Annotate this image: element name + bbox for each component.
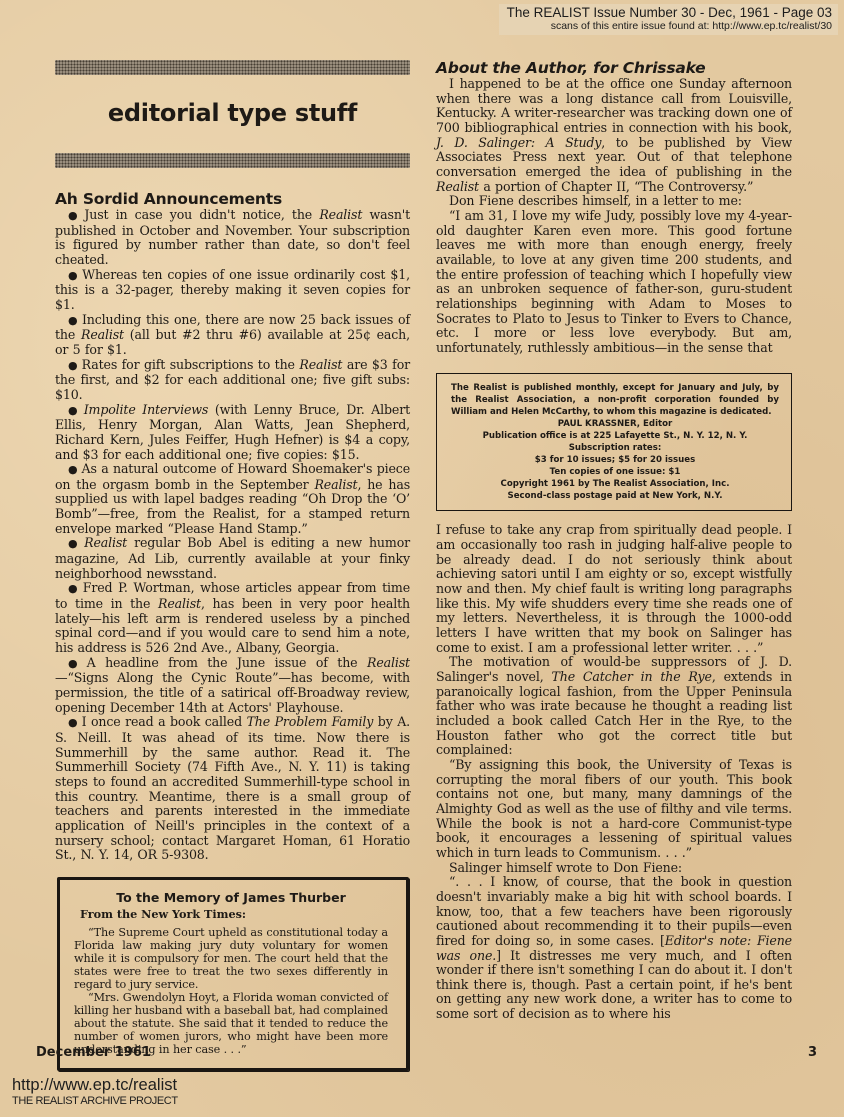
body-paragraph: “I am 31, I love my wife Judy, possibly …: [436, 209, 792, 356]
masthead-postage: Second-class postage paid at New York, N…: [451, 490, 779, 502]
italic-title: Realist: [299, 357, 342, 372]
page-number: 3: [808, 1045, 817, 1060]
body-paragraph: ●Realist regular Bob Abel is editing a n…: [55, 536, 410, 581]
bullet-icon: ●: [68, 657, 83, 670]
masthead-rates-label: Subscription rates:: [451, 442, 779, 454]
text-run: I happened to be at the office one Sunda…: [436, 76, 792, 135]
masthead-ten-copies: Ten copies of one issue: $1: [451, 466, 779, 478]
body-paragraph: ●Fred P. Wortman, whose articles appear …: [55, 581, 410, 655]
body-paragraph: ●I once read a book called The Problem F…: [55, 715, 410, 863]
bullet-icon: ●: [68, 463, 78, 476]
italic-title: The Problem Family: [247, 714, 374, 729]
bottom-halftone-rule: [55, 153, 410, 168]
scan-source-note: scans of this entire issue found at: htt…: [507, 21, 832, 33]
text-run: —“Signs Along the Cynic Route”—has becom…: [55, 670, 410, 714]
italic-title: Impolite Interviews: [84, 402, 209, 417]
bullet-icon: ●: [68, 582, 79, 595]
body-paragraph: ●Whereas ten copies of one issue ordinar…: [55, 268, 410, 313]
footer-date: December 1961: [36, 1045, 151, 1060]
italic-title: J. D. Salinger: A Study: [436, 135, 601, 150]
bullet-icon: ●: [68, 404, 80, 417]
italic-title: Realist: [314, 477, 357, 492]
section-heading-announcements: Ah Sordid Announcements: [55, 191, 410, 208]
thurber-memorial-box: To the Memory of James Thurber From the …: [57, 877, 409, 1071]
italic-title: Realist: [319, 207, 362, 222]
body-paragraph: ●A headline from the June issue of the R…: [55, 656, 410, 716]
italic-title: The Catcher in the Rye: [551, 669, 711, 684]
article-body-part-2: I refuse to take any crap from spiritual…: [436, 523, 792, 1021]
bullet-icon: ●: [68, 314, 78, 327]
archive-header-stamp: The REALIST Issue Number 30 - Dec, 1961 …: [499, 4, 838, 35]
masthead-box: The Realist is published monthly, except…: [436, 373, 792, 511]
body-paragraph: ●As a natural outcome of Howard Shoemake…: [55, 462, 410, 536]
body-paragraph: I refuse to take any crap from spiritual…: [436, 523, 792, 655]
text-run: Rates for gift subscriptions to the: [82, 357, 300, 372]
text-run: Salinger himself wrote to Don Fiene:: [449, 860, 682, 875]
bullet-icon: ●: [68, 359, 78, 372]
archive-url-link[interactable]: http://www.ep.tc/realist: [12, 1077, 178, 1094]
italic-title: Realist: [436, 179, 479, 194]
text-run: Don Fiene describes himself, in a letter…: [449, 193, 742, 208]
italic-title: Realist: [84, 535, 127, 550]
body-paragraph: The motivation of would-be suppressors o…: [436, 655, 792, 758]
archive-watermark: http://www.ep.tc/realist THE REALIST ARC…: [12, 1077, 178, 1107]
archive-project-label: THE REALIST ARCHIVE PROJECT: [12, 1096, 178, 1107]
text-run: Whereas ten copies of one issue ordinari…: [55, 267, 410, 312]
masthead-office: Publication office is at 225 Lafayette S…: [451, 430, 779, 442]
text-run: “By assigning this book, the University …: [436, 757, 792, 860]
text-run: I refuse to take any crap from spiritual…: [436, 522, 792, 654]
body-paragraph: Salinger himself wrote to Don Fiene:: [436, 861, 792, 876]
right-column: About the Author, for Chrissake I happen…: [436, 60, 792, 1022]
body-paragraph: ●Just in case you didn't notice, the Rea…: [55, 208, 410, 268]
masthead-rates: $3 for 10 issues; $5 for 20 issues: [451, 454, 779, 466]
announcements-list: ●Just in case you didn't notice, the Rea…: [55, 208, 410, 863]
bullet-icon: ●: [68, 716, 78, 729]
text-run: Just in case you didn't notice, the: [84, 207, 319, 222]
text-run: a portion of Chapter II, “The Controvers…: [479, 179, 753, 194]
article-body-part-1: I happened to be at the office one Sunda…: [436, 77, 792, 355]
memorial-paragraph: “The Supreme Court upheld as constitutio…: [74, 926, 388, 991]
body-paragraph: I happened to be at the office one Sunda…: [436, 77, 792, 194]
text-run: by A. S. Neill. It was ahead of its time…: [55, 714, 410, 862]
page-title: editorial type stuff: [55, 99, 410, 127]
issue-info: The REALIST Issue Number 30 - Dec, 1961 …: [507, 6, 832, 21]
masthead-copyright: Copyright 1961 by The Realist Associatio…: [451, 478, 779, 490]
memorial-box-title: To the Memory of James Thurber: [74, 890, 388, 905]
text-run: A headline from the June issue of the: [87, 655, 367, 670]
body-paragraph: “By assigning this book, the University …: [436, 758, 792, 861]
body-paragraph: “. . . I know, of course, that the book …: [436, 875, 792, 1022]
body-paragraph: Don Fiene describes himself, in a letter…: [436, 194, 792, 209]
body-paragraph: ●Rates for gift subscriptions to the Rea…: [55, 358, 410, 403]
italic-title: Realist: [81, 327, 124, 342]
bullet-icon: ●: [68, 269, 78, 282]
masthead-editor: PAUL KRASSNER, Editor: [451, 418, 779, 430]
body-paragraph: ●Including this one, there are now 25 ba…: [55, 313, 410, 358]
left-column: editorial type stuff Ah Sordid Announcem…: [55, 60, 410, 1071]
bullet-icon: ●: [68, 209, 80, 222]
text-run: “I am 31, I love my wife Judy, possibly …: [436, 208, 792, 355]
body-paragraph: ●Impolite Interviews (with Lenny Bruce, …: [55, 403, 410, 463]
italic-title: Realist: [158, 596, 201, 611]
section-heading-about-author: About the Author, for Chrissake: [436, 60, 792, 77]
italic-title: Realist: [367, 655, 410, 670]
bullet-icon: ●: [68, 537, 80, 550]
top-halftone-rule: [55, 60, 410, 75]
masthead-intro: The Realist is published monthly, except…: [451, 382, 779, 418]
memorial-box-source: From the New York Times:: [74, 907, 388, 921]
text-run: I once read a book called: [82, 714, 247, 729]
